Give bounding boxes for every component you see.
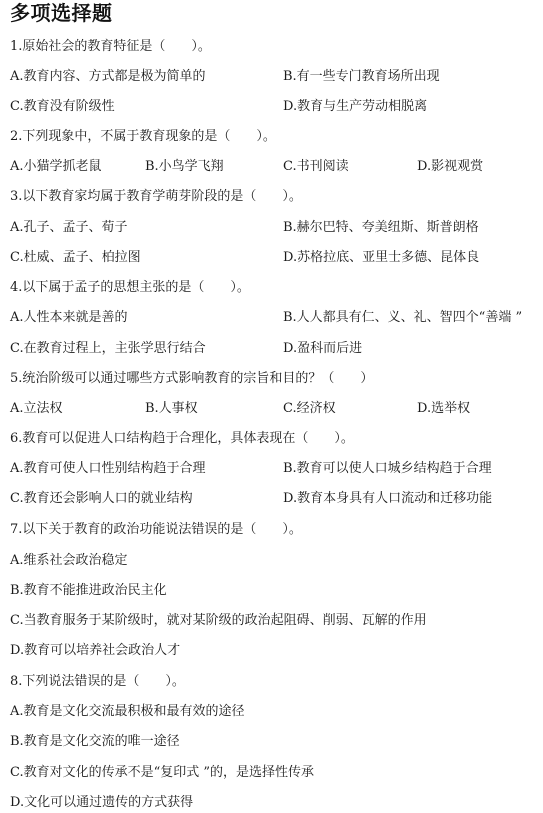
- question-4-options-row-1: A.人性本来就是善的 B.人人都具有仁、义、礼、智四个“善端 ”: [0, 307, 543, 329]
- question-3-options-row-2: C.杜威、孟子、柏拉图 D.苏格拉底、亚里士多德、昆体良: [0, 247, 543, 269]
- question-5-options-row: A.立法权 B.人事权 C.经济权 D.选举权: [0, 398, 543, 420]
- option-d[interactable]: D.盈科而后进: [283, 338, 362, 360]
- question-1-options-row-1: A.教育内容、方式都是极为简单的 B.有一些专门教育场所出现: [0, 66, 543, 88]
- option-c[interactable]: C.教育没有阶级性: [10, 96, 115, 118]
- question-text: 4.以下属于孟子的思想主张的是（ ）。: [10, 277, 250, 299]
- option-a[interactable]: A.教育内容、方式都是极为简单的: [10, 66, 206, 88]
- question-text: 6.教育可以促进人口结构趋于合理化，具体表现在（ ）。: [10, 428, 354, 450]
- option-b[interactable]: B.赫尔巴特、夸美纽斯、斯普朗格: [283, 217, 479, 239]
- option-d[interactable]: D.影视观赏: [417, 156, 483, 178]
- option-d[interactable]: D.教育与生产劳动相脱离: [283, 96, 427, 118]
- question-1-options-row-2: C.教育没有阶级性 D.教育与生产劳动相脱离: [0, 96, 543, 118]
- question-1-stem: 1.原始社会的教育特征是（ ）。: [0, 36, 543, 58]
- option-c[interactable]: C.经济权: [283, 398, 336, 420]
- question-text: 1.原始社会的教育特征是（ ）。: [10, 36, 211, 58]
- question-text: 7.以下关于教育的政治功能说法错误的是（ ）。: [10, 519, 302, 541]
- option-b[interactable]: B.教育是文化交流的唯一途径: [10, 731, 180, 753]
- option-c[interactable]: C.教育还会影响人口的就业结构: [10, 488, 193, 510]
- question-4-options-row-2: C.在教育过程上，主张学思行结合 D.盈科而后进: [0, 338, 543, 360]
- option-b[interactable]: B.人事权: [145, 398, 198, 420]
- option-c[interactable]: C.当教育服务于某阶级时，就对某阶级的政治起阻碍、削弱、瓦解的作用: [10, 610, 427, 632]
- option-c[interactable]: C.书刊阅读: [283, 156, 349, 178]
- question-2-stem: 2.下列现象中，不属于教育现象的是（ ）。: [0, 126, 543, 148]
- option-d[interactable]: D.教育本身具有人口流动和迁移功能: [283, 488, 492, 510]
- question-8-option-c: C.教育对文化的传承不是“复印式 ”的，是选择性传承: [0, 762, 543, 784]
- question-3-options-row-1: A.孔子、孟子、荀子 B.赫尔巴特、夸美纽斯、斯普朗格: [0, 217, 543, 239]
- question-7-option-a: A.维系社会政治稳定: [0, 550, 543, 572]
- option-a[interactable]: A.维系社会政治稳定: [10, 550, 128, 572]
- question-7-stem: 7.以下关于教育的政治功能说法错误的是（ ）。: [0, 519, 543, 541]
- question-7-option-c: C.当教育服务于某阶级时，就对某阶级的政治起阻碍、削弱、瓦解的作用: [0, 610, 543, 632]
- question-4-stem: 4.以下属于孟子的思想主张的是（ ）。: [0, 277, 543, 299]
- question-5-stem: 5.统治阶级可以通过哪些方式影响教育的宗旨和目的？（ ）: [0, 368, 543, 390]
- question-8-option-d: D.文化可以通过遗传的方式获得: [0, 792, 543, 813]
- option-a[interactable]: A.小猫学抓老鼠: [10, 156, 102, 178]
- question-text: 5.统治阶级可以通过哪些方式影响教育的宗旨和目的？（ ）: [10, 368, 373, 390]
- question-8-stem: 8.下列说法错误的是（ ）。: [0, 671, 543, 693]
- option-d[interactable]: D.选举权: [417, 398, 470, 420]
- option-c[interactable]: C.在教育过程上，主张学思行结合: [10, 338, 206, 360]
- question-6-options-row-2: C.教育还会影响人口的就业结构 D.教育本身具有人口流动和迁移功能: [0, 488, 543, 510]
- question-6-options-row-1: A.教育可使人口性别结构趋于合理 B.教育可以使人口城乡结构趋于合理: [0, 458, 543, 480]
- question-2-options-row: A.小猫学抓老鼠 B.小鸟学飞翔 C.书刊阅读 D.影视观赏: [0, 156, 543, 178]
- page-title: 多项选择题: [10, 0, 113, 26]
- option-d[interactable]: D.文化可以通过遗传的方式获得: [10, 792, 193, 813]
- option-c[interactable]: C.杜威、孟子、柏拉图: [10, 247, 141, 269]
- question-text: 8.下列说法错误的是（ ）。: [10, 671, 185, 693]
- option-b[interactable]: B.有一些专门教育场所出现: [283, 66, 440, 88]
- question-8-option-b: B.教育是文化交流的唯一途径: [0, 731, 543, 753]
- question-text: 3.以下教育家均属于教育学萌芽阶段的是（ ）。: [10, 186, 302, 208]
- question-7-option-d: D.教育可以培养社会政治人才: [0, 640, 543, 662]
- question-text: 2.下列现象中，不属于教育现象的是（ ）。: [10, 126, 276, 148]
- question-8-option-a: A.教育是文化交流最积极和最有效的途径: [0, 701, 543, 723]
- option-d[interactable]: D.苏格拉底、亚里士多德、昆体良: [283, 247, 479, 269]
- option-a[interactable]: A.人性本来就是善的: [10, 307, 128, 329]
- option-a[interactable]: A.立法权: [10, 398, 63, 420]
- option-a[interactable]: A.教育可使人口性别结构趋于合理: [10, 458, 206, 480]
- option-b[interactable]: B.人人都具有仁、义、礼、智四个“善端 ”: [283, 307, 522, 329]
- option-b[interactable]: B.教育可以使人口城乡结构趋于合理: [283, 458, 492, 480]
- question-7-option-b: B.教育不能推进政治民主化: [0, 580, 543, 602]
- option-b[interactable]: B.小鸟学飞翔: [145, 156, 224, 178]
- option-b[interactable]: B.教育不能推进政治民主化: [10, 580, 167, 602]
- question-6-stem: 6.教育可以促进人口结构趋于合理化，具体表现在（ ）。: [0, 428, 543, 450]
- question-3-stem: 3.以下教育家均属于教育学萌芽阶段的是（ ）。: [0, 186, 543, 208]
- option-c[interactable]: C.教育对文化的传承不是“复印式 ”的，是选择性传承: [10, 762, 314, 784]
- option-a[interactable]: A.孔子、孟子、荀子: [10, 217, 128, 239]
- option-d[interactable]: D.教育可以培养社会政治人才: [10, 640, 180, 662]
- option-a[interactable]: A.教育是文化交流最积极和最有效的途径: [10, 701, 245, 723]
